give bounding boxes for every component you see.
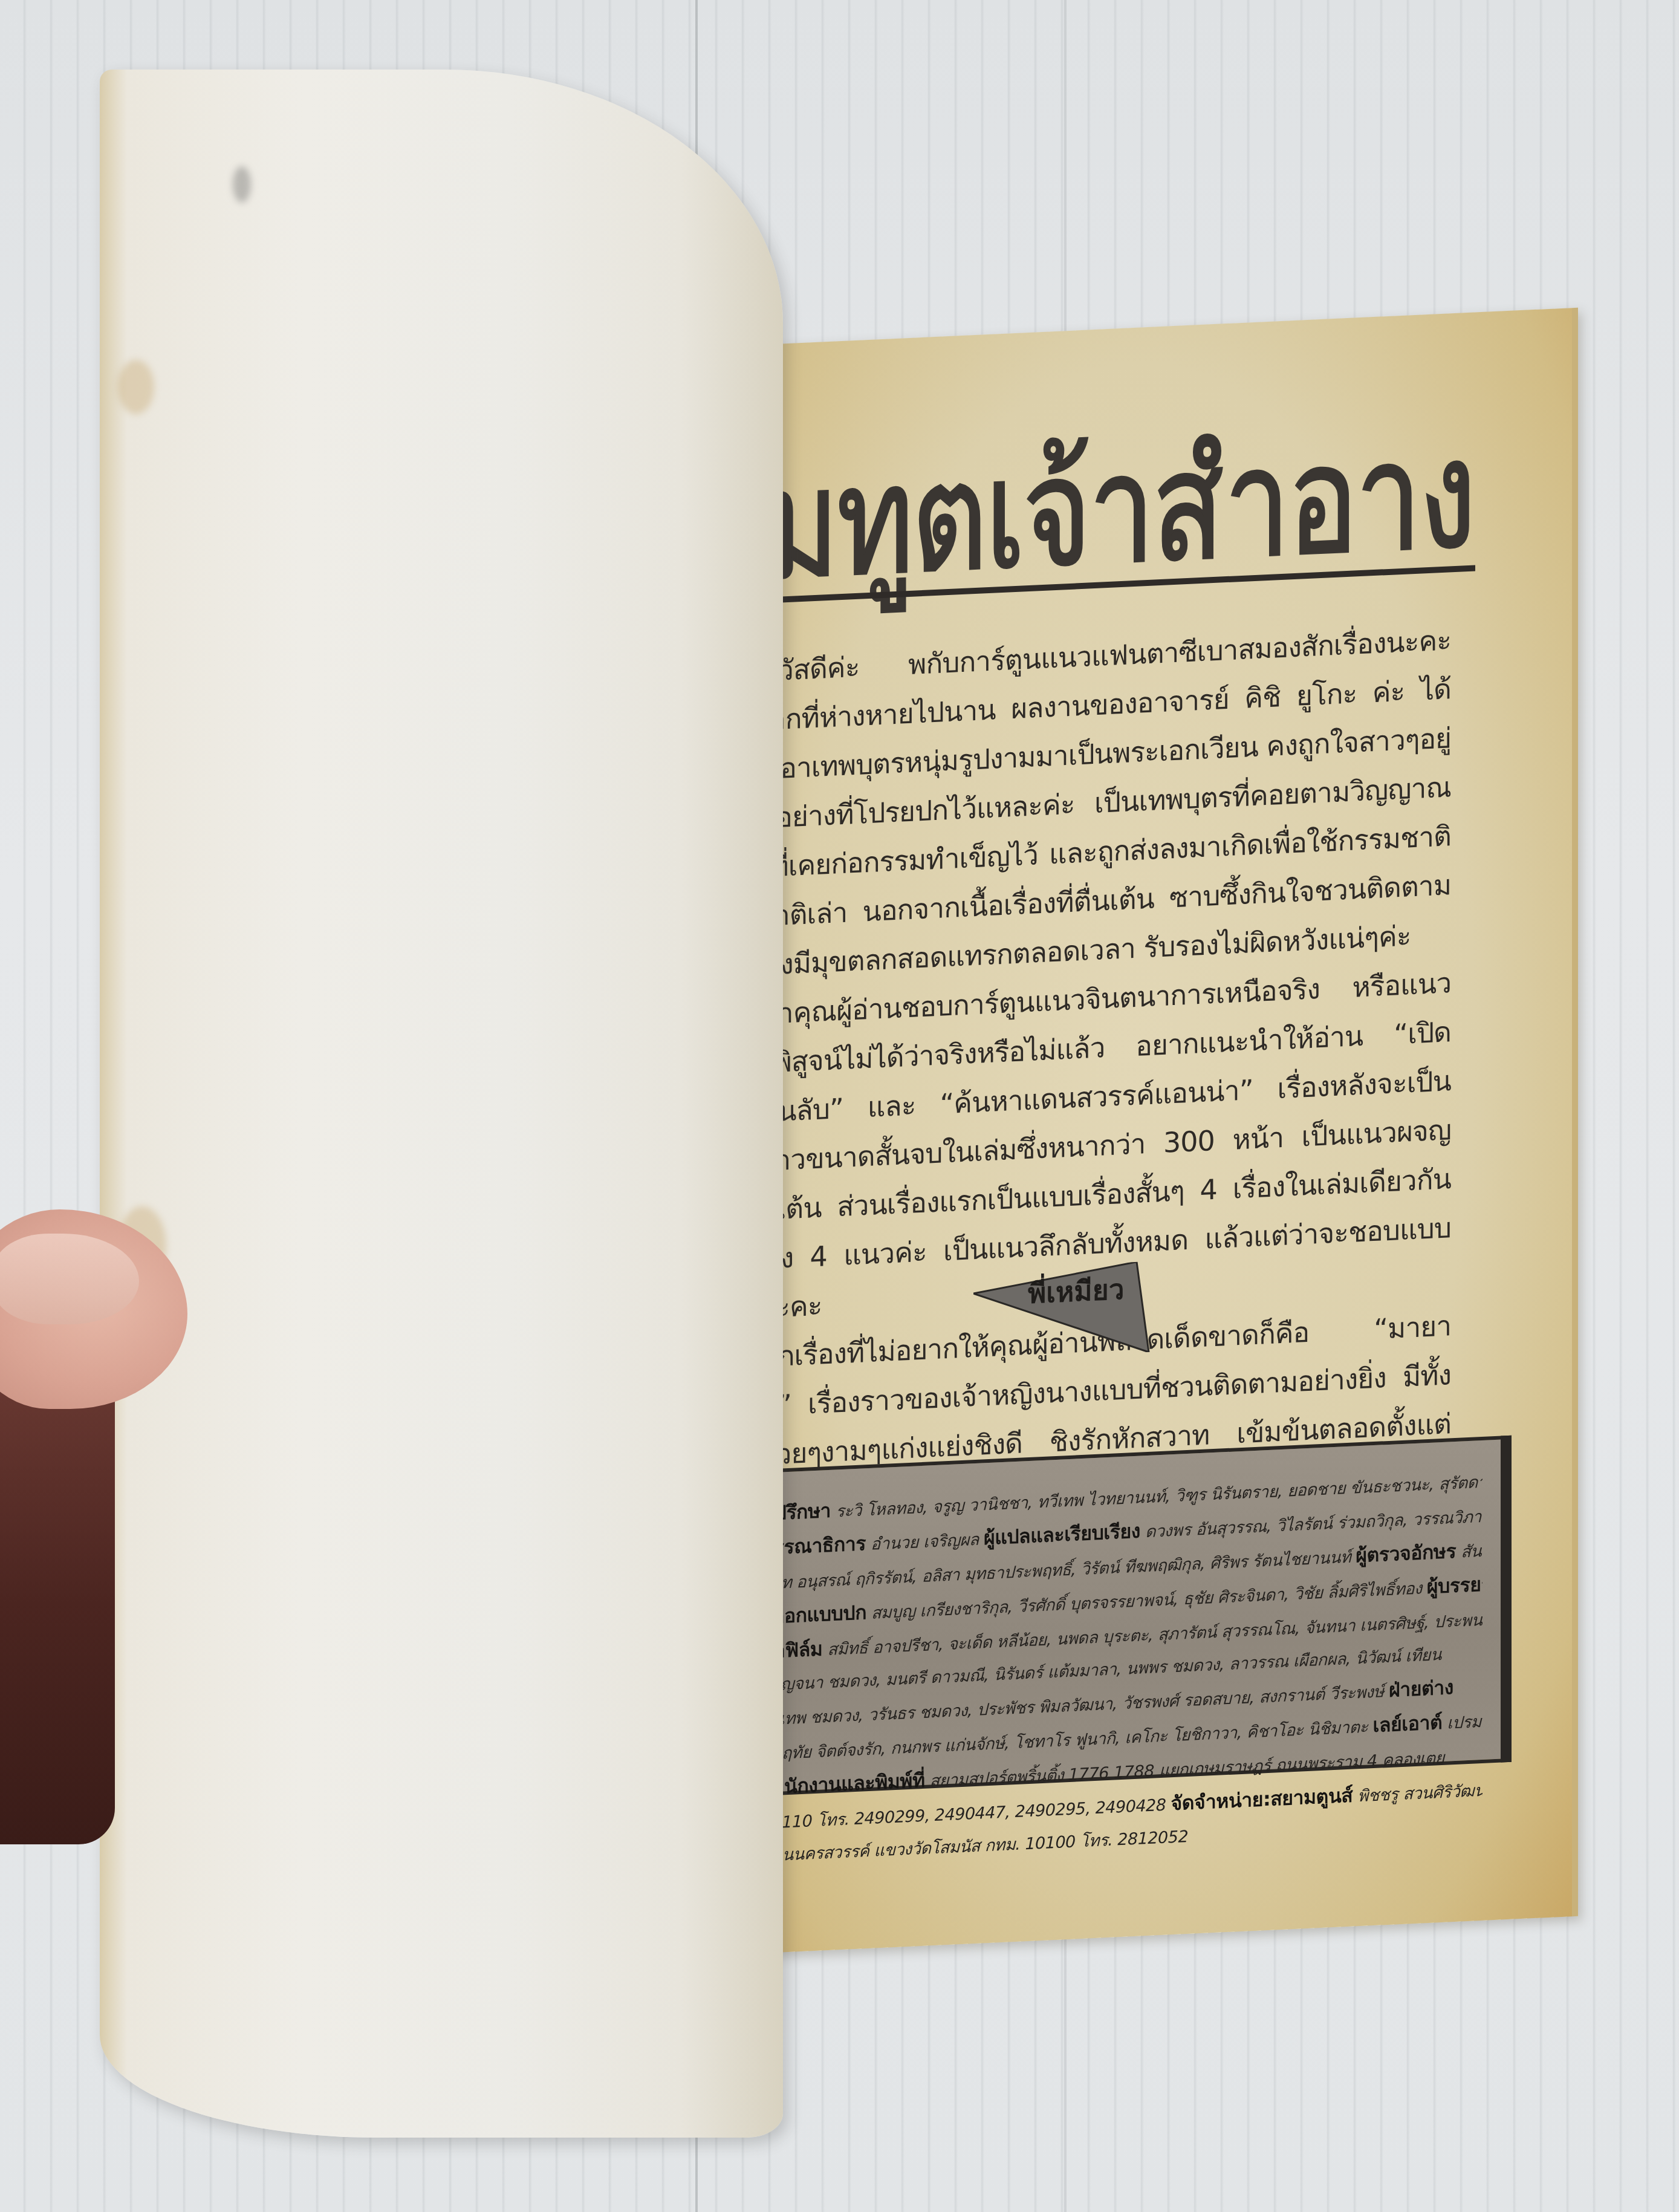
preface-text: สวัสดีค่ะ พกับการ์ตูนแนวแฟนตาซีเบาสมองสั… [707, 616, 1451, 1580]
preface-paragraph-1: สวัสดีค่ะ พกับการ์ตูนแนวแฟนตาซีเบาสมองสั… [707, 616, 1451, 992]
hand [0, 1361, 115, 1844]
signature-badge: พี่เหมียว [973, 1261, 1155, 1360]
credits-box: ที่ปรึกษา ระวิ โหลทอง, จรูญ วานิชชา, ทวี… [756, 1436, 1512, 1797]
paper-stain [118, 360, 154, 414]
signature-name: พี่เหมียว [1028, 1267, 1124, 1316]
right-page: ยมทูตเจ้าสำอาง สวัสดีค่ะ พกับการ์ตูนแนวแ… [695, 308, 1578, 1956]
paper-stain [233, 166, 251, 203]
left-page-blank[interactable] [100, 70, 783, 2138]
